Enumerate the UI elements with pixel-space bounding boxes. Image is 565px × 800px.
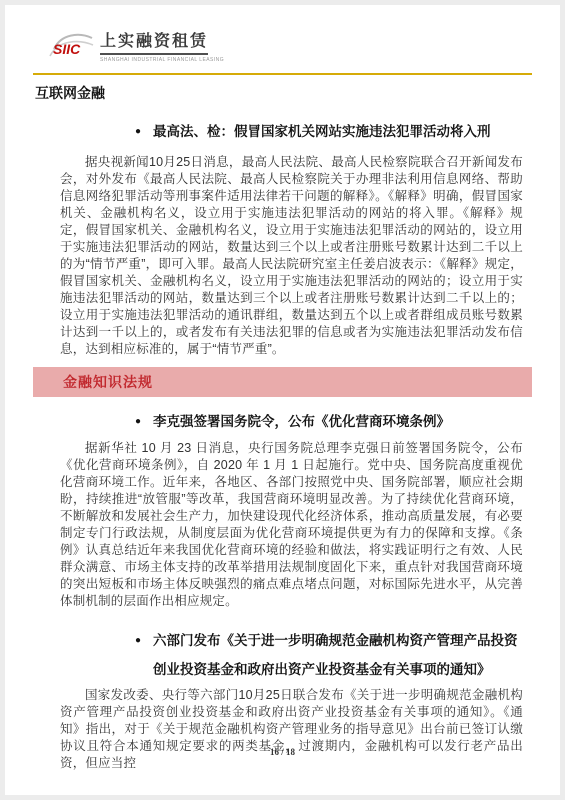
- article-body: 据新华社 10 月 23 日消息，央行国务院总理李克强日前签署国务院令，公布《优…: [60, 440, 523, 610]
- section-title-internet-finance: 互联网金融: [35, 83, 532, 103]
- siic-logo-icon: SIIC: [48, 30, 94, 60]
- article-title: ● 李克强签署国务院令，公布《优化营商环境条例》: [33, 407, 532, 436]
- article-title-text: 最高法、检：假冒国家机关网站实施违法犯罪活动将入刑: [153, 117, 520, 146]
- article-title: ● 六部门发布《关于进一步明确规范金融机构资产管理产品投资创业投资基金和政府出资…: [33, 626, 532, 684]
- document-page: SIIC 上实融资租赁 SHANGHAI INDUSTRIAL FINANCIA…: [0, 0, 565, 800]
- article-title-text: 李克强签署国务院令，公布《优化营商环境条例》: [153, 407, 520, 436]
- section-banner-finance-law: 金融知识法规: [33, 367, 532, 397]
- article-body: 据央视新闻10月25日消息，最高人民法院、最高人民检察院联合召开新闻发布会，对外…: [60, 154, 523, 358]
- page-content: SIIC 上实融资租赁 SHANGHAI INDUSTRIAL FINANCIA…: [5, 28, 560, 772]
- article-title-text: 六部门发布《关于进一步明确规范金融机构资产管理产品投资创业投资基金和政府出资产业…: [153, 626, 520, 684]
- bullet-icon: ●: [135, 117, 141, 146]
- company-name-en: SHANGHAI INDUSTRIAL FINANCIAL LEASING: [100, 57, 224, 63]
- article-body: 国家发改委、央行等六部门10月25日联合发布《关于进一步明确规范金融机构资产管理…: [60, 687, 523, 772]
- siic-logo-text: SIIC: [53, 41, 81, 57]
- bullet-icon: ●: [135, 626, 141, 684]
- bullet-icon: ●: [135, 407, 141, 436]
- article-title: ● 最高法、检：假冒国家机关网站实施违法犯罪活动将入刑: [33, 117, 532, 146]
- header-divider: [33, 73, 532, 75]
- page-number: 16 / 18: [5, 747, 560, 757]
- logo-names: 上实融资租赁 SHANGHAI INDUSTRIAL FINANCIAL LEA…: [100, 28, 224, 63]
- company-name-cn: 上实融资租赁: [100, 28, 208, 55]
- company-logo: SIIC 上实融资租赁 SHANGHAI INDUSTRIAL FINANCIA…: [48, 28, 532, 63]
